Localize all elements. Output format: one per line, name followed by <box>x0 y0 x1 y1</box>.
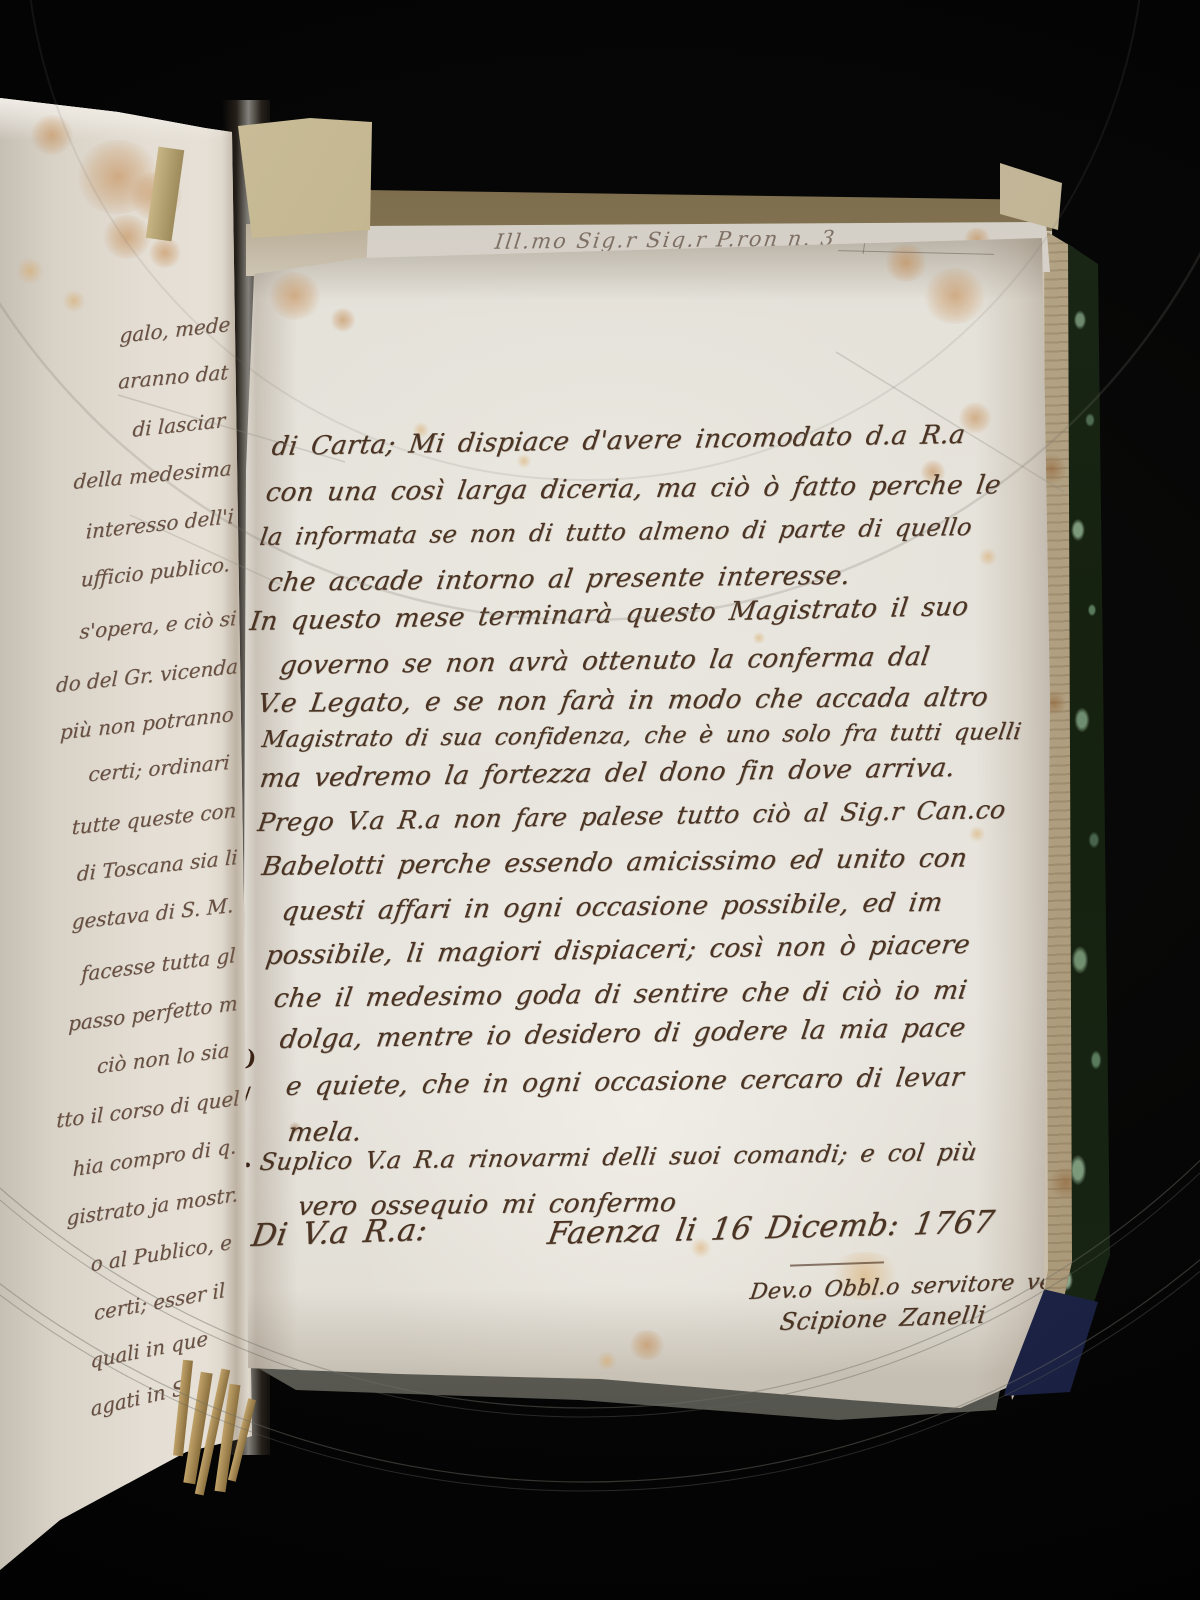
foxing-stain <box>75 140 161 214</box>
left-page-line-fragment: facesse tutta gl <box>81 943 236 986</box>
manuscript-photo: galo, mede aranno dat di lasciar della m… <box>0 0 1200 1600</box>
pencil-rule-line <box>838 250 994 255</box>
left-page-line-fragment: passo perfetto m <box>69 991 239 1036</box>
letter-line: governo se non avrà ottenuto la conferma… <box>278 642 932 681</box>
letter-line: che il medesimo goda di sentire che di c… <box>272 976 969 1015</box>
letter-line: Magistrato di sua confidenza, che è uno … <box>260 719 1023 753</box>
foxing-stain <box>30 115 74 155</box>
letter-line: Suplico V.a R.a rinovarmi delli suoi com… <box>258 1138 979 1176</box>
left-page-line-fragment: s'opera, e ciò si <box>78 606 236 644</box>
left-page-line-fragment: hia compro di q. <box>72 1134 236 1181</box>
left-page-line-fragment: certi; esser il <box>94 1278 226 1325</box>
left-page-line-fragment: gistrato ja mostr. <box>67 1182 238 1230</box>
foxing-stain <box>922 268 988 324</box>
left-page-line-fragment: ufficio publico. <box>80 552 230 592</box>
signature-name: Scipione Zanelli <box>778 1301 988 1336</box>
foxing-stain <box>978 548 998 566</box>
left-page-line-fragment: interesso dell'i <box>86 504 235 544</box>
foxing-stain <box>628 1330 666 1360</box>
left-page-line-fragment: agati in S. <box>89 1374 191 1421</box>
left-page-line-fragment: certi; ordinari <box>88 750 230 787</box>
letter-line: di Carta; Mi dispiace d'avere incomodato… <box>270 420 967 462</box>
letter-line: la informata se non di tutto almeno di p… <box>258 513 974 551</box>
letter-line: Babelotti perche essendo amicissimo ed u… <box>260 843 969 882</box>
foxing-stain <box>968 826 986 842</box>
foxing-stain <box>102 215 152 259</box>
letter-line: V.e Legato, e se non farà in modo che ac… <box>256 683 990 719</box>
letter-line: possibile, li magiori dispiaceri; così n… <box>264 930 972 971</box>
letter-line: con una così larga diceria, ma ciò ò fat… <box>264 470 1003 508</box>
foxing-stain <box>16 258 44 284</box>
foxing-stain <box>148 238 182 268</box>
letter-line: questi affari in ogni occasione possibil… <box>280 888 945 927</box>
left-page-line-fragment: di lasciar <box>132 408 226 442</box>
closing-formula: Di V.a R.a: <box>249 1212 430 1254</box>
left-page-line-fragment: di Toscana sia li <box>77 845 239 886</box>
left-page-line-fragment: aranno dat <box>117 360 228 394</box>
left-page-line-fragment: galo, mede <box>119 312 231 348</box>
foxing-stain <box>752 632 766 644</box>
letter-line: Prego V.a R.a non fare palese tutto ciò … <box>256 795 1008 837</box>
foxing-stain <box>330 308 356 332</box>
foxing-stain <box>884 244 928 282</box>
letter-line: dolga, mentre io desidero di godere la m… <box>278 1013 968 1055</box>
left-page-line-fragment: più non potranno <box>60 702 235 744</box>
left-page-line-fragment: ciò non lo sia <box>97 1038 230 1079</box>
left-page-line-fragment: gestava di S. M. <box>72 893 235 934</box>
letter-line: e quiete, che in ogni occasione cercaro … <box>284 1063 966 1103</box>
letter-line: In questo mese terminarà questo Magistra… <box>248 592 970 637</box>
foxing-stain <box>596 1352 618 1370</box>
signature-honorific: Dev.o Obbl.o servitore vero <box>748 1269 1079 1306</box>
left-page-line-fragment: o al Publico, e <box>91 1230 232 1277</box>
letter-line: mela. <box>286 1117 364 1148</box>
letter-line: che accade intorno al presente interesse… <box>266 561 852 598</box>
date-underline <box>790 1261 884 1266</box>
foxing-stain <box>268 272 322 320</box>
left-page-line-fragment: tutte queste con <box>71 798 236 840</box>
letter-line: ma vedremo la fortezza del dono fin dove… <box>258 753 957 794</box>
left-page-line-fragment: tto il corso di quel <box>57 1086 241 1133</box>
left-page-line-fragment: della medesima <box>73 456 232 494</box>
left-page-line-fragment: do del Gr. vicenda <box>56 654 239 697</box>
foxing-stain <box>62 290 86 312</box>
